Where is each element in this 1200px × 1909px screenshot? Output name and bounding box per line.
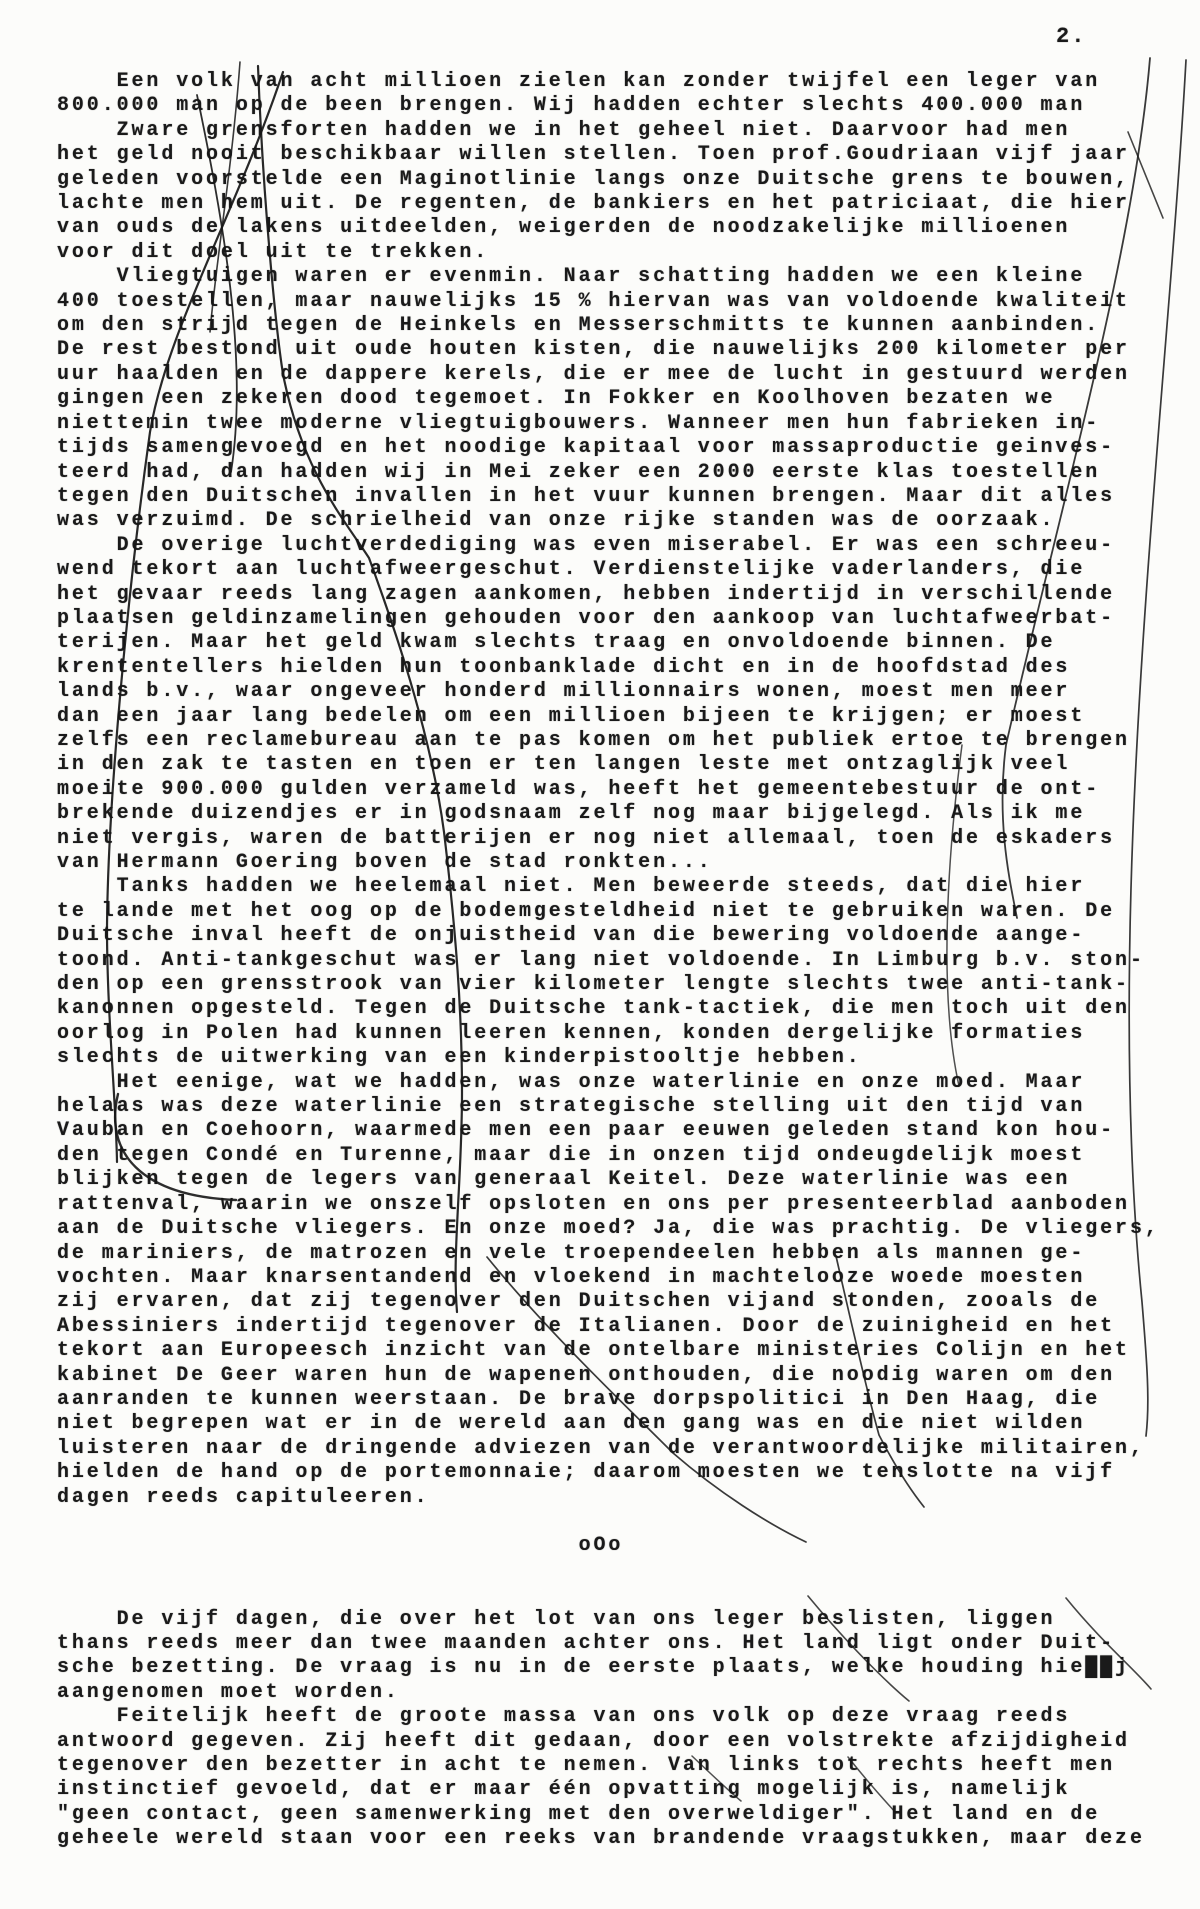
text-line <box>57 1510 1160 1534</box>
scanned-typewritten-page: 2. Een volk van acht millioen zielen kan… <box>0 0 1200 1909</box>
text-line: helaas was deze waterlinie een strategis… <box>57 1095 1160 1119</box>
text-line: niet vergis, waren de batterijen er nog … <box>57 827 1160 851</box>
text-line: niettemin twee moderne vliegtuigbouwers.… <box>57 412 1160 436</box>
text-line: gingen een zekeren dood tegemoet. In Fok… <box>57 387 1160 411</box>
text-line: Vliegtuigen waren er evenmin. Naar schat… <box>57 265 1160 289</box>
text-line: brekende duizendjes er in godsnaam zelf … <box>57 802 1160 826</box>
text-line: lachte men hem uit. De regenten, de bank… <box>57 192 1160 216</box>
text-line: sche bezetting. De vraag is nu in de eer… <box>57 1656 1160 1680</box>
text-line: Zware grensforten hadden we in het gehee… <box>57 119 1160 143</box>
text-line: niet begrepen wat er in de wereld aan de… <box>57 1412 1160 1436</box>
text-line: moeite 900.000 gulden verzameld was, hee… <box>57 778 1160 802</box>
text-line: Feitelijk heeft de groote massa van ons … <box>57 1705 1160 1729</box>
text-line: Abessiniers indertijd tegenover de Itali… <box>57 1315 1160 1339</box>
text-line: uur haalden en de dappere kerels, die er… <box>57 363 1160 387</box>
text-line: Duitsche inval heeft de onjuistheid van … <box>57 924 1160 948</box>
text-line: dan een jaar lang bedelen om een millioe… <box>57 705 1160 729</box>
page-number: 2. <box>1056 24 1086 49</box>
text-line: was verzuimd. De schrielheid van onze ri… <box>57 509 1160 533</box>
text-line: van ouds de lakens uitdeelden, weigerden… <box>57 216 1160 240</box>
document-body: Een volk van acht millioen zielen kan zo… <box>57 70 1160 1852</box>
text-line: plaatsen geldinzamelingen gehouden voor … <box>57 607 1160 631</box>
text-line: De rest bestond uit oude houten kisten, … <box>57 338 1160 362</box>
text-line: vochten. Maar knarsentandend en vloekend… <box>57 1266 1160 1290</box>
text-line: zij ervaren, dat zij tegenover den Duits… <box>57 1290 1160 1314</box>
text-line: hielden de hand op de portemonnaie; daar… <box>57 1461 1160 1485</box>
text-line: Het eenige, wat we hadden, was onze wate… <box>57 1071 1160 1095</box>
text-line: luisteren naar de dringende adviezen van… <box>57 1437 1160 1461</box>
text-line: voor dit doel uit te trekken. <box>57 241 1160 265</box>
text-line: te lande met het oog op de bodemgesteldh… <box>57 900 1160 924</box>
text-line: thans reeds meer dan twee maanden achter… <box>57 1632 1160 1656</box>
text-line: de mariniers, de matrozen en vele troepe… <box>57 1242 1160 1266</box>
text-line: dagen reeds capituleeren. <box>57 1486 1160 1510</box>
text-line: kanonnen opgesteld. Tegen de Duitsche ta… <box>57 997 1160 1021</box>
text-line: tijds samengevoegd en het noodige kapita… <box>57 436 1160 460</box>
text-line <box>57 1583 1160 1607</box>
text-line: antwoord gegeven. Zij heeft dit gedaan, … <box>57 1730 1160 1754</box>
text-line: van Hermann Goering boven de stad ronkte… <box>57 851 1160 875</box>
text-line <box>57 1559 1160 1583</box>
text-line: wend tekort aan luchtafweergeschut. Verd… <box>57 558 1160 582</box>
text-line: om den strijd tegen de Heinkels en Messe… <box>57 314 1160 338</box>
text-line: "geen contact, geen samenwerking met den… <box>57 1803 1160 1827</box>
text-line: geleden voorstelde een Maginotlinie lang… <box>57 168 1160 192</box>
text-line: zelfs een reclamebureau aan te pas komen… <box>57 729 1160 753</box>
text-line: lands b.v., waar ongeveer honderd millio… <box>57 680 1160 704</box>
text-line: aanranden te kunnen weerstaan. De brave … <box>57 1388 1160 1412</box>
text-line: Een volk van acht millioen zielen kan zo… <box>57 70 1160 94</box>
text-line: terijen. Maar het geld kwam slechts traa… <box>57 631 1160 655</box>
text-line: kabinet De Geer waren hun de wapenen ont… <box>57 1364 1160 1388</box>
text-line: teerd had, dan hadden wij in Mei zeker e… <box>57 461 1160 485</box>
text-line: den op een grensstrook van vier kilomete… <box>57 973 1160 997</box>
text-line: toond. Anti-tankgeschut was er lang niet… <box>57 949 1160 973</box>
text-line: blijken tegen de legers van generaal Kei… <box>57 1168 1160 1192</box>
section-separator: oOo <box>57 1534 1160 1558</box>
text-line: Vauban en Coehoorn, waarmede men een paa… <box>57 1119 1160 1143</box>
text-line: het geld nooit beschikbaar willen stelle… <box>57 143 1160 167</box>
text-line: Tanks hadden we heelemaal niet. Men bewe… <box>57 875 1160 899</box>
text-line: tegen den Duitschen invallen in het vuur… <box>57 485 1160 509</box>
text-line: rattenval, waarin we onszelf opsloten en… <box>57 1193 1160 1217</box>
text-line: aan de Duitsche vliegers. En onze moed? … <box>57 1217 1160 1241</box>
text-line: 400 toestellen, maar nauwelijks 15 % hie… <box>57 290 1160 314</box>
text-line: oorlog in Polen had kunnen leeren kennen… <box>57 1022 1160 1046</box>
text-line: slechts de uitwerking van een kinderpist… <box>57 1046 1160 1070</box>
text-line: krententellers hielden hun toonbanklade … <box>57 656 1160 680</box>
text-line: aangenomen moet worden. <box>57 1681 1160 1705</box>
text-line: het gevaar reeds lang zagen aankomen, he… <box>57 583 1160 607</box>
text-line: 800.000 man op de been brengen. Wij hadd… <box>57 94 1160 118</box>
text-line: De vijf dagen, die over het lot van ons … <box>57 1608 1160 1632</box>
text-line: De overige luchtverdediging was even mis… <box>57 534 1160 558</box>
text-line: den tegen Condé en Turenne, maar die in … <box>57 1144 1160 1168</box>
text-line: tekort aan Europeesch inzicht van de ont… <box>57 1339 1160 1363</box>
text-line: in den zak te tasten en toen er ten lang… <box>57 753 1160 777</box>
text-line: geheele wereld staan voor een reeks van … <box>57 1827 1160 1851</box>
text-line: instinctief gevoeld, dat er maar één opv… <box>57 1778 1160 1802</box>
text-line: tegenover den bezetter in acht te nemen.… <box>57 1754 1160 1778</box>
